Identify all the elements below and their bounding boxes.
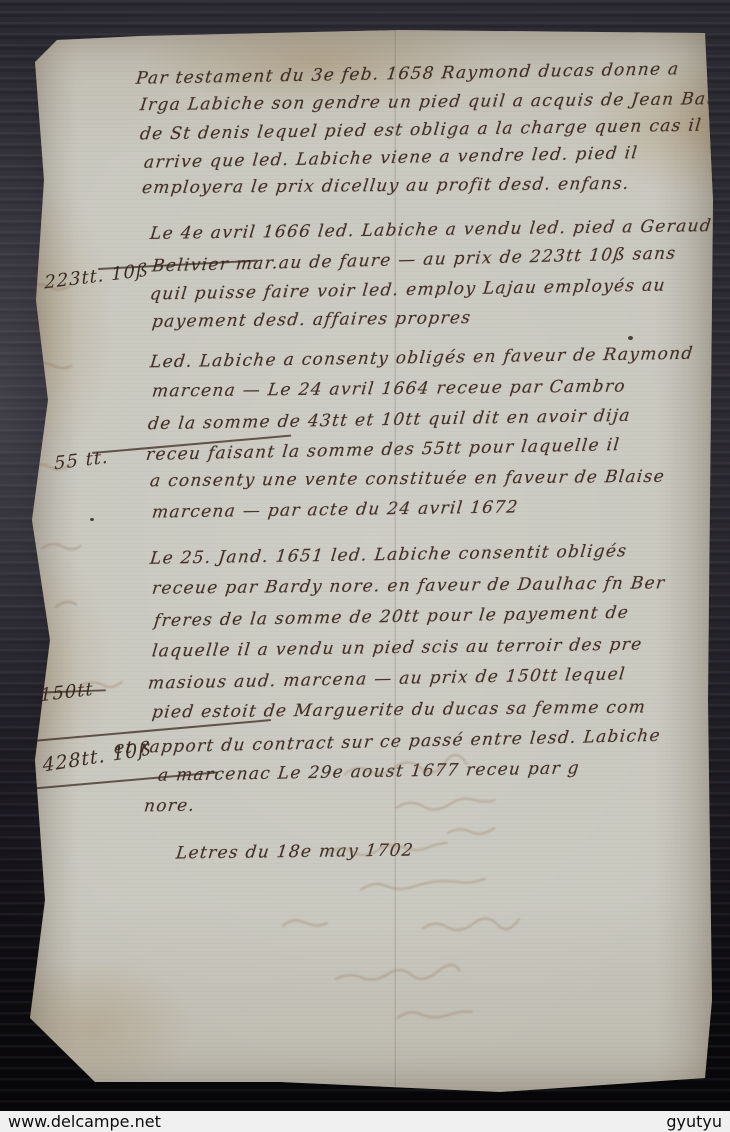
ink-speck bbox=[628, 336, 633, 340]
manuscript-line: a marcenac Le 29e aoust 1677 receu par g bbox=[157, 758, 581, 785]
manuscript-line: pied estoit de Marguerite du ducas sa fe… bbox=[151, 697, 647, 722]
manuscript-line: Irga Labiche son gendre un pied quil a a… bbox=[139, 89, 730, 115]
watermark-site-label: www.delcampe.net bbox=[8, 1112, 161, 1131]
manuscript-line: receue par Bardy nore. en faveur de Daul… bbox=[151, 573, 667, 598]
manuscript-line: et rapport du contract sur ce passé entr… bbox=[113, 726, 662, 758]
watermark-seller-label: gyutyu bbox=[666, 1112, 722, 1131]
margin-amount: 428tt. 10ß bbox=[42, 737, 152, 776]
manuscript-line: marcena — Le 24 avril 1664 receue par Ca… bbox=[151, 377, 627, 402]
manuscript-line: freres de la somme de 20tt pour le payem… bbox=[153, 603, 630, 631]
manuscript-line: Belivier mar.au de faure — au prix de 22… bbox=[151, 244, 677, 277]
manuscript-line: marcena — par acte du 24 avril 1672 bbox=[151, 497, 520, 522]
manuscript-line: employera le prix dicelluy au profit des… bbox=[141, 174, 631, 198]
manuscript-line: laquelle il a vendu un pied scis au terr… bbox=[151, 635, 644, 662]
manuscript-line: nore. bbox=[143, 796, 196, 817]
manuscript-line: quil puisse faire voir led. employ Lajau… bbox=[149, 275, 667, 304]
manuscript-line: de St denis lequel pied est obliga a la … bbox=[139, 116, 703, 145]
manuscript-line: arrive que led. Labiche viene a vendre l… bbox=[143, 143, 639, 173]
ink-speck bbox=[90, 518, 94, 521]
photo-of-manuscript: Par testament du 3e feb. 1658 Raymond du… bbox=[0, 0, 730, 1132]
manuscript-closing-line: Letres du 18e may 1702 bbox=[175, 841, 415, 864]
manuscript-line: masious aud. marcena — au prix de 150tt … bbox=[147, 664, 627, 693]
watermark-bar: www.delcampe.net gyutyu bbox=[0, 1111, 730, 1132]
margin-amount: 223tt. 10ß bbox=[44, 260, 149, 294]
manuscript-line: payement desd. affaires propres bbox=[151, 308, 473, 332]
manuscript-line: Le 25. Jand. 1651 led. Labiche consentit… bbox=[149, 541, 628, 569]
manuscript-paper: Par testament du 3e feb. 1658 Raymond du… bbox=[28, 30, 716, 1092]
manuscript-line: Le 4e avril 1666 led. Labiche a vendu le… bbox=[149, 216, 713, 244]
manuscript-line: Led. Labiche a consenty obligés en faveu… bbox=[149, 344, 695, 373]
manuscript-line: receu faisant la somme des 55tt pour laq… bbox=[145, 435, 621, 465]
manuscript-line: de la somme de 43tt et 10tt quil dit en … bbox=[147, 406, 632, 434]
manuscript-line: a consenty une vente constituée en faveu… bbox=[149, 467, 666, 492]
manuscript-line: Par testament du 3e feb. 1658 Raymond du… bbox=[135, 59, 681, 89]
